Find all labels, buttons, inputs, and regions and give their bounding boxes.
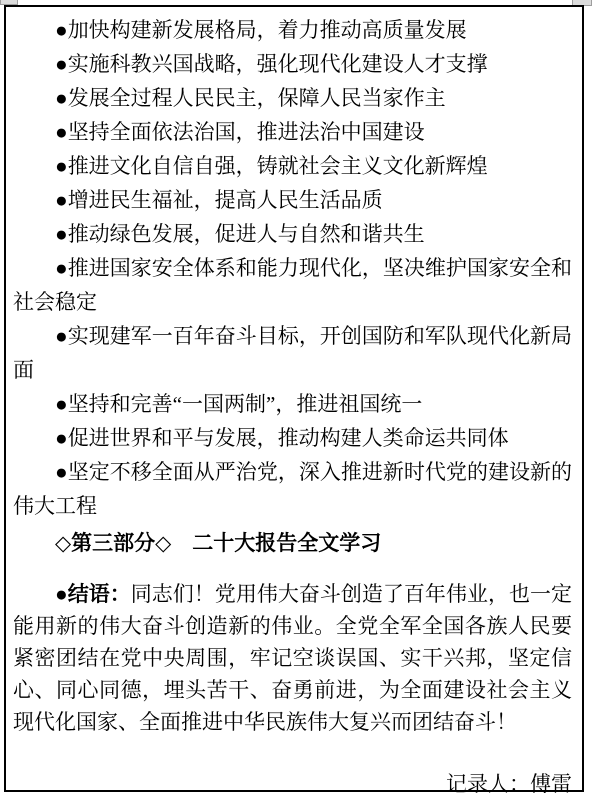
bullet-item: ●加快构建新发展格局，着力推动高质量发展: [13, 13, 572, 47]
bullet-icon: ●: [55, 582, 68, 606]
bullet-item-text: 坚持全面依法治国，推进法治中国建设: [68, 120, 425, 144]
bullet-item: ●坚定不移全面从严治党，深入推进新时代党的建设新的伟大工程: [13, 455, 572, 523]
bullet-item: ●实施科教兴国战略，强化现代化建设人才支撑: [13, 47, 572, 81]
bullet-item-text: 推动绿色发展，促进人与自然和谐共生: [68, 222, 425, 246]
bullet-item: ●发展全过程人民民主，保障人民当家作主: [13, 81, 572, 115]
closing-paragraph: ●结语：同志们！党用伟大奋斗创造了百年伟业，也一定能用新的伟大奋斗创造新的伟业。…: [13, 578, 572, 738]
bullet-icon: ●: [55, 460, 68, 484]
bullet-item-text: 坚持和完善“一国两制”，推进祖国统一: [68, 392, 423, 416]
bullet-icon: ●: [55, 86, 68, 110]
bullet-item: ●推动绿色发展，促进人与自然和谐共生: [13, 217, 572, 251]
document-page: ●加快构建新发展格局，着力推动高质量发展 ●实施科教兴国战略，强化现代化建设人才…: [4, 5, 584, 792]
bullet-item: ●推进国家安全体系和能力现代化，坚决维护国家安全和社会稳定: [13, 251, 572, 319]
bullet-item: ●增进民生福祉，提高人民生活品质: [13, 183, 572, 217]
bullet-item: ●坚持和完善“一国两制”，推进祖国统一: [13, 387, 572, 421]
bullet-icon: ●: [55, 256, 68, 280]
bullet-item-text: 增进民生福祉，提高人民生活品质: [68, 188, 383, 212]
closing-lead-label: 结语：: [68, 582, 131, 606]
bullet-icon: ●: [55, 188, 68, 212]
section-heading-text: ◇第三部分◇ 二十大报告全文学习: [55, 531, 381, 555]
document-content: ●加快构建新发展格局，着力推动高质量发展 ●实施科教兴国战略，强化现代化建设人才…: [13, 13, 572, 800]
bullet-icon: ●: [55, 52, 68, 76]
bullet-item: ●推进文化自信自强，铸就社会主义文化新辉煌: [13, 149, 572, 183]
bullet-icon: ●: [55, 222, 68, 246]
bullet-item-text: 推进国家安全体系和能力现代化，坚决维护国家安全和社会稳定: [13, 256, 572, 314]
signature-text: 记录人：傅雷: [446, 772, 572, 796]
bullet-icon: ●: [55, 426, 68, 450]
bullet-item-text: 加快构建新发展格局，着力推动高质量发展: [68, 18, 467, 42]
bullet-icon: ●: [55, 120, 68, 144]
bullet-item-text: 发展全过程人民民主，保障人民当家作主: [68, 86, 446, 110]
bullet-item: ●实现建军一百年奋斗目标，开创国防和军队现代化新局面: [13, 319, 572, 387]
bullet-item: ●促进世界和平与发展，推动构建人类命运共同体: [13, 421, 572, 455]
bullet-icon: ●: [55, 154, 68, 178]
signature-line: 记录人：傅雷: [13, 768, 572, 800]
bullet-icon: ●: [55, 392, 68, 416]
bullet-item-text: 实施科教兴国战略，强化现代化建设人才支撑: [68, 52, 488, 76]
bullet-item-text: 坚定不移全面从严治党，深入推进新时代党的建设新的伟大工程: [13, 460, 572, 518]
bullet-item-text: 推进文化自信自强，铸就社会主义文化新辉煌: [68, 154, 488, 178]
bullet-icon: ●: [55, 324, 68, 348]
section-heading: ◇第三部分◇ 二十大报告全文学习: [13, 526, 572, 560]
bullet-item-text: 促进世界和平与发展，推动构建人类命运共同体: [68, 426, 509, 450]
bullet-item-text: 实现建军一百年奋斗目标，开创国防和军队现代化新局面: [13, 324, 572, 382]
bullet-item: ●坚持全面依法治国，推进法治中国建设: [13, 115, 572, 149]
bullet-icon: ●: [55, 18, 68, 42]
